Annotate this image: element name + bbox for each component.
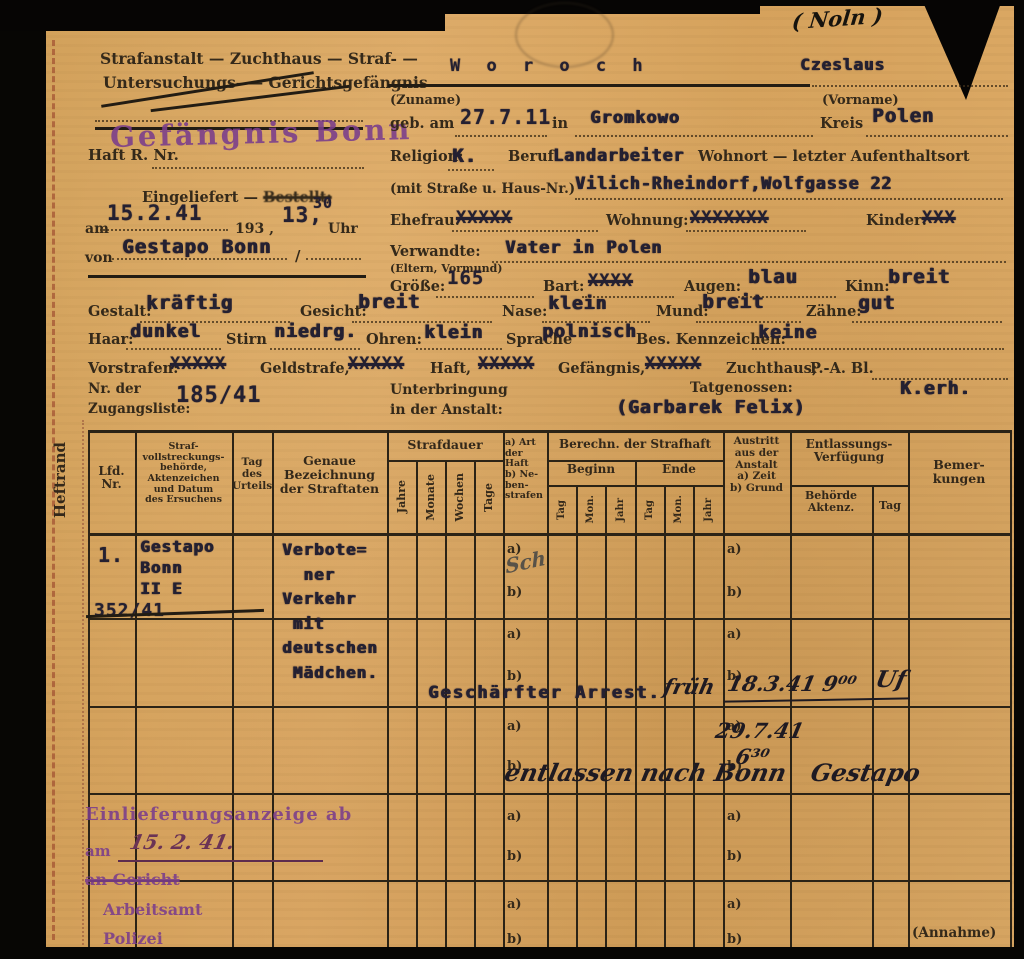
von-label: von [85,250,113,266]
nase-value: klein [548,293,607,315]
zugang-label-1: Nr. der [88,382,141,398]
header-beginn-jahr-text: Jahr [615,498,626,522]
dotted-rule [452,229,598,232]
header-lfd-nr: Lfd. Nr. [88,465,135,492]
cell-b-label: b) [727,850,742,865]
dotted-rule [270,347,360,350]
arbeitsamt-label: Arbeitsamt [103,900,202,919]
hand-frueh: früh [661,674,717,699]
haar-value: dunkel [130,321,201,343]
stitch-line-inner [82,420,84,945]
prison-record-card-scan: Heftrand Strafanstalt — Zuchthaus — Stra… [0,0,1024,959]
wohnung-value: XXXXXXX [690,208,769,228]
header-ende-tag-text: Tag [644,500,655,520]
col-line [232,430,234,947]
hand-entlassen-note: entlassen nach Bonn Gestapo [502,758,923,787]
subcol-line [872,485,874,947]
birth-place: Gromkowo [590,108,680,128]
cell-a-label: a) [507,628,522,643]
stirn-label: Stirn [226,332,267,349]
header-tag2: Tag [872,500,908,512]
hand-date-2971: 29.7.41 [713,718,806,743]
dotted-rule [152,166,364,169]
kerh-note: K.erh. [900,378,971,400]
gestalt-value: kräftig [146,292,233,315]
table-top-border [88,430,1012,433]
ohren-label: Ohren: [366,332,422,349]
header-ende-mon: Mon. [664,487,693,532]
zugang-nr: 185/41 [176,383,261,409]
surname-typed: W o r o c h [450,56,651,76]
kennzeichen-value: keine [758,322,817,344]
intake-date: 15.2.41 [107,201,203,226]
row1-number: 1. [98,543,124,567]
unterbringung-label-1: Unterbringung [390,382,508,398]
einlieferung-stamp-line1: Einlieferungsanzeige ab [85,804,352,825]
dotted-rule [100,228,228,231]
header-monate-text: Monate [424,474,437,521]
header-behoerde: Straf- vollstreckungs- behörde, Aktenzei… [135,442,232,506]
pabl-label: P.-A. Bl. [810,361,874,378]
top-black-edge-mid [445,0,760,14]
header-behoerde-aktenz: Behörde Aktenz. [790,490,872,515]
dotted-rule [866,134,1008,137]
dotted-rule [448,168,494,171]
header-beginn-mon-text: Mon. [585,495,596,524]
cell-b-label: b) [727,933,742,948]
birth-date: 27.7.11 [460,105,551,129]
subcol-line [445,460,447,947]
in-label: in [552,116,568,133]
strasse-label: (mit Straße u. Haus-Nr.) [390,182,575,198]
haft-label2: Haft, [430,361,471,378]
cell-b-label: b) [727,586,742,601]
header-berechn: Berechn. der Strafhaft [547,438,723,451]
header-bemerkungen: Bemer- kungen [908,458,1010,486]
header-art-der-haft: a) Art der Haft b) Ne- ben- strafen [505,438,547,502]
header-beginn-jahr: Jahr [605,487,635,532]
dotted-rule [686,229,806,232]
dotted-rule [575,134,813,137]
heftrand-label: Heftrand [48,428,74,533]
zuname-label: (Zuname) [390,94,461,109]
header-genaue-bezeichnung: Genaue Bezeichnung der Straftaten [272,454,387,496]
dotted-rule [752,347,1004,350]
subcol-line [635,460,637,947]
dotted-rule [575,197,1003,200]
header-ende-mon-text: Mon. [673,495,684,524]
gefaengnis-label: Gefängnis, [558,361,645,378]
dotted-rule [416,347,502,350]
top-black-edge-left [0,0,445,31]
ehefrau-label: Ehefrau: [390,213,460,230]
uhr-label: Uhr [328,221,358,237]
zaehne-label: Zähne: [806,304,862,321]
ohren-value: klein [424,322,483,344]
zuchthaus-label: Zuchthaus; [726,361,817,378]
cell-a-label: a) [727,898,742,913]
kinder-value: XXX [922,208,956,228]
kinn-value: breit [888,266,950,289]
header-ende: Ende [635,463,723,476]
kinder-label: Kinder: [866,213,927,230]
subcol-line [576,485,578,947]
einlieferung-date-hand: 15. 2. 41. [127,830,237,854]
vorstrafen-v1: XXXXX [170,354,226,374]
header-beginn-mon: Mon. [576,487,605,532]
cell-a-label: a) [727,810,742,825]
thick-rule [88,275,366,278]
header-ende-jahr: Jahr [693,487,723,532]
address-value: Vilich-Rheindorf,Wolfgasse 22 [575,174,892,194]
geldstrafe-label: Geldstrafe, [260,361,350,378]
cell-a-label: a) [727,543,742,558]
einlieferung-am-label: am [85,842,111,860]
beruf-label: Beruf [508,149,554,166]
intake-time-sup: 30 [313,194,333,212]
nase-label: Nase: [502,304,547,321]
dotted-rule [126,347,221,350]
dotted-rule [455,134,547,137]
kreis-value: Polen [872,105,934,128]
col-line [723,430,725,947]
geb-label: geb. am [390,116,454,133]
cell-a-label: a) [507,810,522,825]
sprache-value: polnisch [542,321,637,343]
hand-release-datetime: 18.3.41 9⁰⁰ [725,671,858,696]
firstname-typed: Czeslaus [800,55,885,74]
kreis-label: Kreis [820,116,863,133]
zaehne-value: gut [858,292,895,315]
thick-rule [388,84,810,87]
header-ende-jahr-text: Jahr [703,498,714,522]
arrest-note: Geschärfter Arrest. [428,683,660,703]
cell-b-label: b) [507,933,522,948]
cell-a-label: a) [727,628,742,643]
unterbringung-label-2: in der Anstalt: [390,402,503,418]
header-monate: Monate [416,462,445,532]
stirn-value: niedrg. [274,321,357,343]
header-austritt: Austritt aus der Anstalt a) Zeit b) Grun… [723,436,790,495]
religion-value: K. [452,145,477,168]
vorstrafen-label: Vorstrafen: [88,361,178,378]
bart-value: XXXX [588,271,633,291]
cell-b-label: b) [507,850,522,865]
vorstrafen-v3: XXXXX [478,354,534,374]
header-entlassung: Entlassungs- Verfügung [790,438,908,465]
verwandte-label: Verwandte: [390,244,481,261]
header-strafdauer: Strafdauer [387,438,503,452]
header-jahre-text: Jahre [395,480,408,513]
header-wochen: Wochen [445,462,474,532]
header-tage: Tage [474,462,503,532]
tatgenossen-label: Tatgenossen: [690,380,793,396]
subcol-line [474,460,476,947]
subcol-line [664,485,666,947]
purple-underline [118,860,323,862]
vorstrafen-v2: XXXXX [348,354,404,374]
row1-authority: Gestapo Bonn II E [140,536,214,599]
dotted-rule [812,84,1008,87]
year-print: 193 , [235,221,274,237]
form-title-line1: Strafanstalt — Zuchthaus — Straf- — [100,50,418,68]
gesicht-value: breit [358,291,420,314]
entlassung-underline [790,485,908,487]
augen-value: blau [748,266,798,289]
col-line [908,430,910,947]
beruf-value: Landarbeiter [553,146,684,166]
gestalt-label: Gestalt: [88,304,151,321]
tatgenossen-value: (Garbarek Felix) [616,397,805,419]
row1-offense: Verbote= ner Verkehr mit deutschen Mädch… [282,538,378,685]
header-beginn-tag-text: Tag [556,500,567,520]
vorstrafen-v4: XXXXX [645,354,701,374]
header-beginn-tag: Tag [547,487,576,532]
hand-initials: Uf [873,666,909,693]
subcol-line [416,460,418,947]
col-line [272,430,274,947]
dotted-rule [852,320,1002,323]
header-beginn: Beginn [547,463,635,476]
mund-value: breit [702,291,764,314]
header-jahre: Jahre [387,462,416,532]
header-tage-text: Tage [482,483,495,512]
header-wochen-text: Wochen [453,473,466,522]
gesicht-label: Gesicht: [300,304,367,321]
form-title-line2: Untersuchungs- — Gerichtsgefängnis [103,74,428,92]
cell-a-label: a) [507,898,522,913]
verwandte-value: Vater in Polen [505,238,662,258]
heftrand-text: Heftrand [52,442,69,518]
dotted-rule [112,257,287,260]
subcol-line [605,485,607,947]
delivered-by: Gestapo Bonn [122,236,271,259]
polizei-label: Polizei [103,929,163,948]
table-right-border [1010,430,1012,947]
row1-aktenzeichen: 352/41 [94,600,165,622]
mund-label: Mund: [656,304,709,321]
haft-nr-label: Haft R. Nr. [88,147,179,164]
subcol-line [693,485,695,947]
header-ende-tag: Tag [635,487,664,532]
an-gericht-struck: an Gericht [85,870,180,889]
dotted-rule [436,295,534,298]
wohnung-label: Wohnung: [606,213,688,230]
groesse-value: 165 [447,267,484,290]
wohnort-label: Wohnort — letzter Aufenthaltsort [698,149,970,166]
slash: / [295,248,300,265]
header-tag-urteils: Tag des Urteils [232,457,272,492]
ehefrau-value: XXXXX [456,208,512,228]
annahme-label: (Annahme) [912,926,996,942]
dotted-rule [492,260,1006,263]
cell-a-label: a) [507,720,522,735]
dotted-rule [306,257,361,260]
cell-b-label: b) [507,586,522,601]
